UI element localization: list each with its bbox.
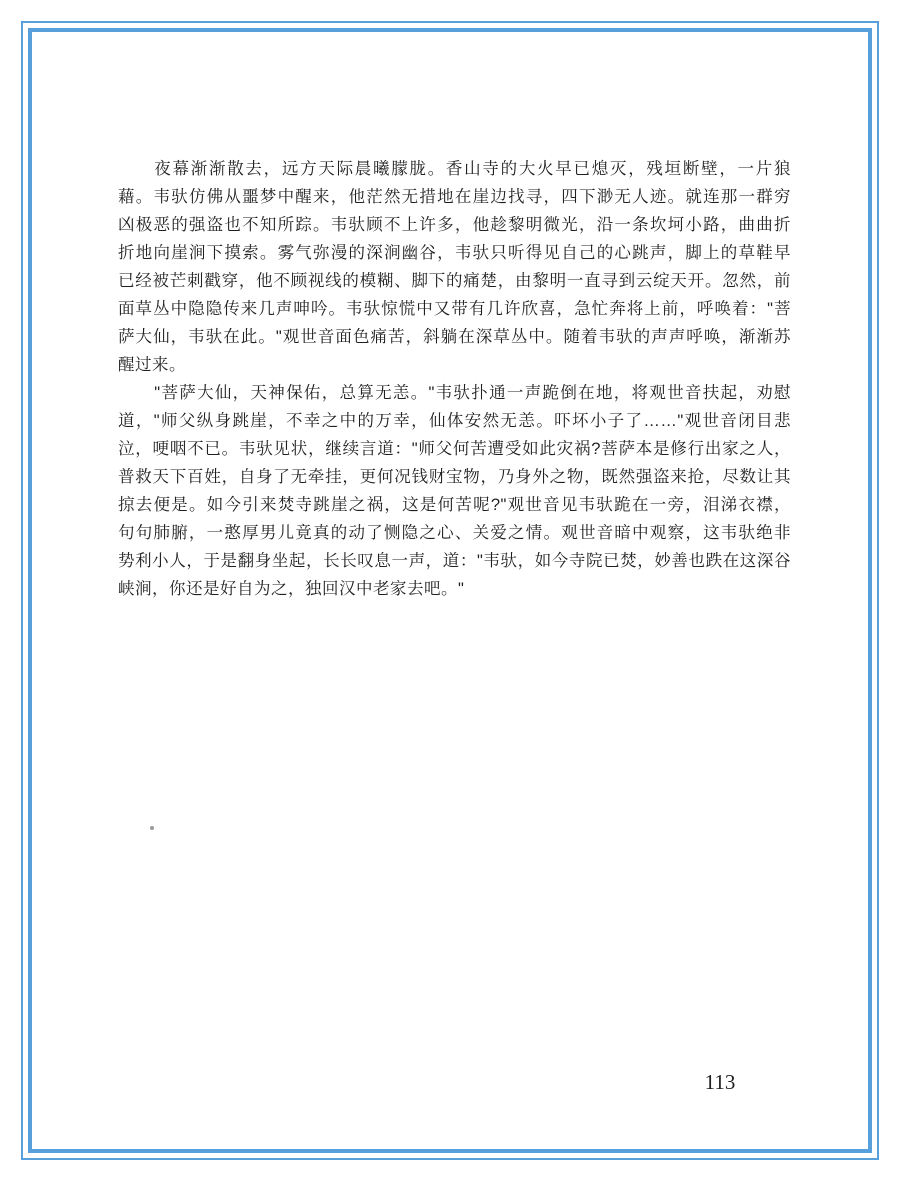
text-line: 句句肺腑，一憨厚男儿竟真的动了恻隐之心、关爱之情。观世音暗中观察，这韦驮绝非 — [118, 519, 791, 547]
text-line: 面草丛中隐隐传来几声呻吟。韦驮惊慌中又带有几许欣喜，急忙奔将上前，呼唤着："菩 — [118, 295, 791, 323]
text-line: 凶极恶的强盗也不知所踪。韦驮顾不上许多，他趁黎明微光，沿一条坎坷小路，曲曲折 — [118, 211, 791, 239]
text-line: 掠去便是。如今引来焚寺跳崖之祸，这是何苦呢?"观世音见韦驮跪在一旁，泪涕衣襟， — [118, 491, 791, 519]
text-line: 夜幕渐渐散去，远方天际晨曦朦胧。香山寺的大火早已熄灭，残垣断壁，一片狼 — [118, 155, 791, 183]
paragraph-1: 夜幕渐渐散去，远方天际晨曦朦胧。香山寺的大火早已熄灭，残垣断壁，一片狼藉。韦驮仿… — [118, 155, 791, 379]
body-text: 夜幕渐渐散去，远方天际晨曦朦胧。香山寺的大火早已熄灭，残垣断壁，一片狼藉。韦驮仿… — [118, 155, 791, 603]
text-line: 普救天下百姓，自身了无牵挂，更何况钱财宝物，乃身外之物，既然强盗来抢，尽数让其 — [118, 463, 791, 491]
text-line: 藉。韦驮仿佛从噩梦中醒来，他茫然无措地在崖边找寻，四下渺无人迹。就连那一群穷 — [118, 183, 791, 211]
text-line: 萨大仙，韦驮在此。"观世音面色痛苦，斜躺在深草丛中。随着韦驮的声声呼唤，渐渐苏 — [118, 323, 791, 351]
text-line: 势利小人，于是翻身坐起，长长叹息一声，道："韦驮，如今寺院已焚，妙善也跌在这深谷 — [118, 547, 791, 575]
text-line: 泣，哽咽不已。韦驮见状，继续言道："师父何苦遭受如此灾祸?菩萨本是修行出家之人， — [118, 435, 791, 463]
book-page: 夜幕渐渐散去，远方天际晨曦朦胧。香山寺的大火早已熄灭，残垣断壁，一片狼藉。韦驮仿… — [0, 0, 900, 1184]
text-line: "菩萨大仙，天神保佑，总算无恙。"韦驮扑通一声跪倒在地，将观世音扶起，劝慰 — [118, 379, 791, 407]
text-line: 已经被芒刺戳穿，他不顾视线的模糊、脚下的痛楚，由黎明一直寻到云绽天开。忽然，前 — [118, 267, 791, 295]
page-number: 113 — [688, 1070, 752, 1095]
paragraph-2: "菩萨大仙，天神保佑，总算无恙。"韦驮扑通一声跪倒在地，将观世音扶起，劝慰道，"… — [118, 379, 791, 603]
text-line: 峡涧，你还是好自为之，独回汉中老家去吧。" — [118, 575, 791, 603]
text-line: 折地向崖涧下摸索。雾气弥漫的深涧幽谷，韦驮只听得见自己的心跳声，脚上的草鞋早 — [118, 239, 791, 267]
scan-speck — [150, 826, 154, 830]
text-line: 醒过来。 — [118, 351, 791, 379]
text-line: 道，"师父纵身跳崖，不幸之中的万幸，仙体安然无恙。吓坏小子了……"观世音闭目悲 — [118, 407, 791, 435]
